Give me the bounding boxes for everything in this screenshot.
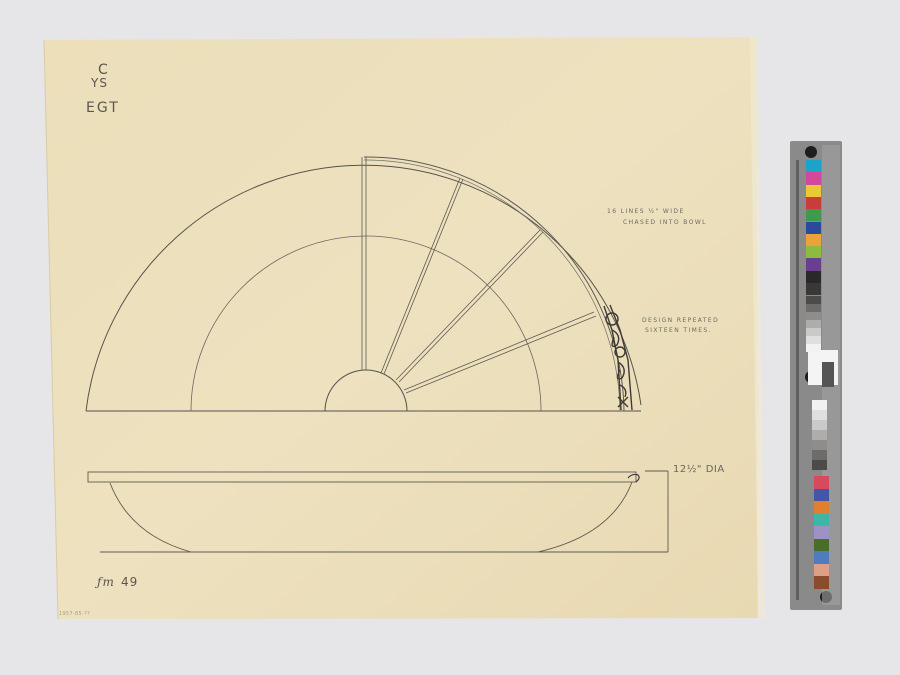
color-swatch xyxy=(806,312,821,320)
color-swatch xyxy=(812,430,827,440)
color-swatch xyxy=(806,209,821,221)
color-swatch xyxy=(814,576,829,589)
color-swatch xyxy=(812,460,827,470)
color-swatch xyxy=(814,526,829,539)
calibration-strip-detail xyxy=(0,0,900,675)
color-swatch xyxy=(806,185,821,197)
color-swatch xyxy=(814,501,829,514)
color-swatch xyxy=(812,450,827,460)
color-swatch xyxy=(806,234,821,246)
color-swatch xyxy=(814,539,829,552)
color-swatch xyxy=(806,258,821,270)
color-swatch xyxy=(806,344,821,352)
color-swatch xyxy=(812,440,827,450)
color-swatch xyxy=(806,328,821,336)
color-swatch xyxy=(812,410,827,420)
color-swatch xyxy=(806,304,821,312)
color-swatch xyxy=(806,172,821,184)
color-swatch xyxy=(814,489,829,502)
color-swatch xyxy=(814,476,829,489)
color-swatch xyxy=(806,296,821,304)
color-swatch xyxy=(814,514,829,527)
color-swatch xyxy=(806,320,821,328)
color-swatch xyxy=(806,197,821,209)
color-swatch xyxy=(814,551,829,564)
color-swatch xyxy=(806,246,821,258)
color-swatch xyxy=(806,271,821,283)
color-swatch xyxy=(806,222,821,234)
color-swatch xyxy=(806,283,821,295)
color-swatch xyxy=(812,400,827,410)
color-swatch xyxy=(806,160,821,172)
color-swatch xyxy=(814,564,829,577)
color-swatch xyxy=(812,420,827,430)
color-swatch xyxy=(806,336,821,344)
